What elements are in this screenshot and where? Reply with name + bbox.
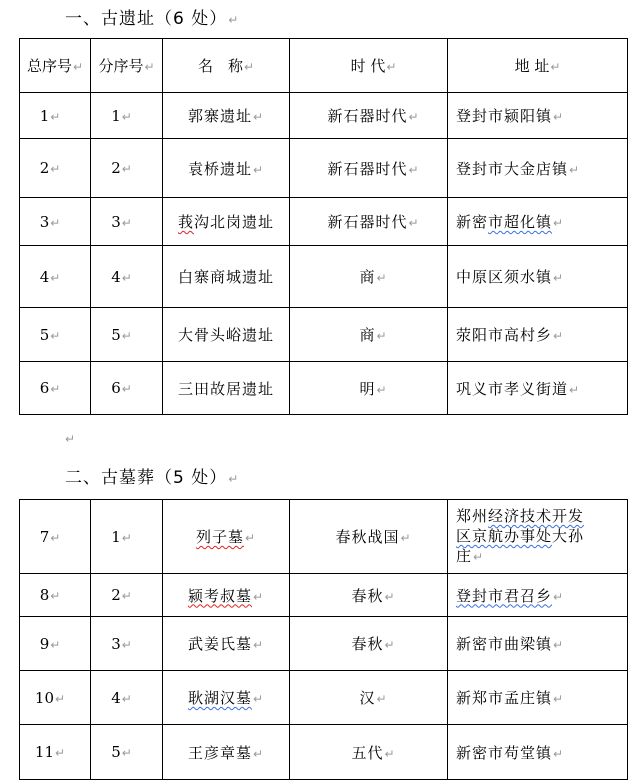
total-no-cell: 7↵ <box>20 500 91 574</box>
paragraph-mark-icon: ↵ <box>228 472 239 486</box>
address-cell: 登封市君召乡↵ <box>448 574 628 617</box>
table-row: 7↵ 1↵ 列子墓↵ 春秋战国↵ 郑州经济技术开发 区京航办事处大孙 庄↵ <box>20 500 628 574</box>
paragraph-mark-icon: ↵ <box>73 60 83 74</box>
grammar-flag: 经济技术开发 <box>488 507 584 525</box>
table-row: 5↵ 5↵ 大骨头峪遗址 商↵ 荥阳市高村乡↵ <box>20 308 628 362</box>
name-cell: 郭寨遗址↵ <box>163 93 290 139</box>
table-row: 9↵ 3↵ 武姜氏墓↵ 春秋↵ 新密市曲梁镇↵ <box>20 617 628 671</box>
name-cell: 白寨商城遗址 <box>163 246 290 308</box>
sub-no-cell: 2↵ <box>91 139 163 198</box>
table-row: 4↵ 4↵ 白寨商城遗址 商↵ 中原区须水镇↵ <box>20 246 628 308</box>
heading-text: 二、古墓葬（5 处） <box>65 468 227 488</box>
address-cell: 巩义市孝义街道↵ <box>448 362 628 415</box>
paragraph-mark-icon: ↵ <box>144 60 154 74</box>
era-cell: 新石器时代↵ <box>290 198 448 246</box>
table-row: 8↵ 2↵ 颍考叔墓↵ 春秋↵ 登封市君召乡↵ <box>20 574 628 617</box>
paragraph-mark-icon: ↵ <box>244 60 254 74</box>
sub-no-cell: 6↵ <box>91 362 163 415</box>
era-cell: 春秋↵ <box>290 574 448 617</box>
header-address: 地 址↵ <box>448 39 628 93</box>
paragraph-mark-icon: ↵ <box>228 13 239 27</box>
total-no-cell: 2↵ <box>20 139 91 198</box>
era-cell: 明↵ <box>290 362 448 415</box>
name-cell: 大骨头峪遗址 <box>163 308 290 362</box>
total-no-cell: 3↵ <box>20 198 91 246</box>
address-cell: 中原区须水镇↵ <box>448 246 628 308</box>
total-no-cell: 11↵ <box>20 725 91 780</box>
address-cell: 新密市超化镇↵ <box>448 198 628 246</box>
table-row: 1↵ 1↵ 郭寨遗址↵ 新石器时代↵ 登封市颍阳镇↵ <box>20 93 628 139</box>
paragraph-mark-icon: ↵ <box>550 60 560 74</box>
grammar-flag: 区京航办事处 <box>456 527 552 545</box>
sub-no-cell: 3↵ <box>91 617 163 671</box>
era-cell: 汉↵ <box>290 671 448 725</box>
sub-no-cell: 1↵ <box>91 93 163 139</box>
sub-no-cell: 4↵ <box>91 671 163 725</box>
empty-paragraph: ↵ <box>64 428 75 447</box>
era-cell: 商↵ <box>290 308 448 362</box>
header-name: 名 称↵ <box>163 39 290 93</box>
era-cell: 春秋↵ <box>290 617 448 671</box>
address-cell: 新郑市孟庄镇↵ <box>448 671 628 725</box>
address-cell: 新密市苟堂镇↵ <box>448 725 628 780</box>
total-no-cell: 6↵ <box>20 362 91 415</box>
ancient-tombs-table: 7↵ 1↵ 列子墓↵ 春秋战国↵ 郑州经济技术开发 区京航办事处大孙 庄↵ 8↵… <box>19 499 628 780</box>
era-cell: 新石器时代↵ <box>290 93 448 139</box>
total-no-cell: 1↵ <box>20 93 91 139</box>
era-cell: 商↵ <box>290 246 448 308</box>
total-no-cell: 9↵ <box>20 617 91 671</box>
table-row: 10↵ 4↵ 耿湖汉墓↵ 汉↵ 新郑市孟庄镇↵ <box>20 671 628 725</box>
total-no-cell: 4↵ <box>20 246 91 308</box>
grammar-flag: 耿湖汉墓 <box>188 689 252 707</box>
spellcheck-flag: 莪 <box>178 213 194 231</box>
total-no-cell: 5↵ <box>20 308 91 362</box>
name-cell: 武姜氏墓↵ <box>163 617 290 671</box>
address-cell: 荥阳市高村乡↵ <box>448 308 628 362</box>
sub-no-cell: 2↵ <box>91 574 163 617</box>
spellcheck-flag: 颍考叔墓 <box>188 587 252 605</box>
name-cell: 三田故居遗址 <box>163 362 290 415</box>
name-cell: 袁桥遗址↵ <box>163 139 290 198</box>
header-total-no: 总序号↵ <box>20 39 91 93</box>
sub-no-cell: 3↵ <box>91 198 163 246</box>
sub-no-cell: 1↵ <box>91 500 163 574</box>
address-cell: 郑州经济技术开发 区京航办事处大孙 庄↵ <box>448 500 628 574</box>
address-cell: 新密市曲梁镇↵ <box>448 617 628 671</box>
era-cell: 春秋战国↵ <box>290 500 448 574</box>
sub-no-cell: 4↵ <box>91 246 163 308</box>
paragraph-mark-icon: ↵ <box>386 60 396 74</box>
table-row: 11↵ 5↵ 王彦章墓↵ 五代↵ 新密市苟堂镇↵ <box>20 725 628 780</box>
table-row: 2↵ 2↵ 袁桥遗址↵ 新石器时代↵ 登封市大金店镇↵ <box>20 139 628 198</box>
grammar-flag: 市超化镇 <box>488 213 552 231</box>
era-cell: 新石器时代↵ <box>290 139 448 198</box>
total-no-cell: 8↵ <box>20 574 91 617</box>
table-row: 6↵ 6↵ 三田故居遗址 明↵ 巩义市孝义街道↵ <box>20 362 628 415</box>
name-cell: 颍考叔墓↵ <box>163 574 290 617</box>
name-cell: 王彦章墓↵ <box>163 725 290 780</box>
name-cell: 耿湖汉墓↵ <box>163 671 290 725</box>
address-cell: 登封市颍阳镇↵ <box>448 93 628 139</box>
header-sub-no: 分序号↵ <box>91 39 163 93</box>
total-no-cell: 10↵ <box>20 671 91 725</box>
section-heading-ancient-tombs: 二、古墓葬（5 处）↵ <box>65 468 239 489</box>
spellcheck-flag: 列子墓 <box>196 528 244 546</box>
address-cell: 登封市大金店镇↵ <box>448 139 628 198</box>
table-row: 3↵ 3↵ 莪沟北岗遗址 新石器时代↵ 新密市超化镇↵ <box>20 198 628 246</box>
sub-no-cell: 5↵ <box>91 725 163 780</box>
ancient-sites-table: 总序号↵ 分序号↵ 名 称↵ 时 代↵ 地 址↵ 1↵ 1↵ 郭寨遗址↵ 新石器… <box>19 38 628 415</box>
sub-no-cell: 5↵ <box>91 308 163 362</box>
section-heading-ancient-sites: 一、古遗址（6 处）↵ <box>65 9 239 30</box>
grammar-flag: 登封市君召乡 <box>456 587 552 605</box>
paragraph-mark-icon: ↵ <box>65 432 75 446</box>
heading-text: 一、古遗址（6 处） <box>65 9 227 29</box>
name-cell: 列子墓↵ <box>163 500 290 574</box>
table-header-row: 总序号↵ 分序号↵ 名 称↵ 时 代↵ 地 址↵ <box>20 39 628 93</box>
name-cell: 莪沟北岗遗址 <box>163 198 290 246</box>
era-cell: 五代↵ <box>290 725 448 780</box>
header-era: 时 代↵ <box>290 39 448 93</box>
